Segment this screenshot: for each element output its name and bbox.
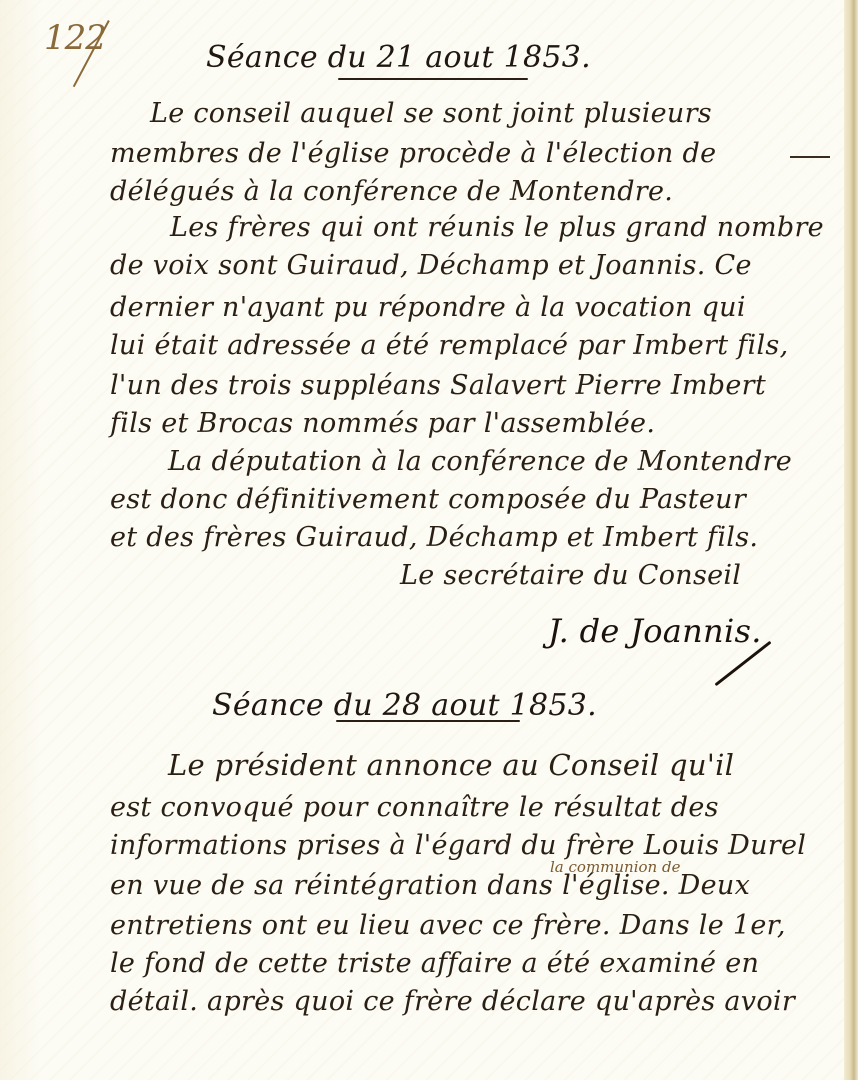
body-line: lui était adressée a été remplacé par Im… bbox=[110, 330, 788, 361]
body-line: délégués à la conférence de Montendre. bbox=[110, 176, 673, 207]
body-line: et des frères Guiraud, Déchamp et Imbert… bbox=[110, 522, 758, 553]
closing-title: Le secrétaire du Conseil bbox=[400, 560, 741, 591]
body-line: est convoqué pour connaître le résultat … bbox=[110, 792, 719, 823]
manuscript-page: 122 Séance du 21 aout 1853. Le conseil a… bbox=[0, 0, 858, 1080]
entry-heading: Séance du 28 aout 1853. bbox=[212, 688, 597, 723]
entry-heading: Séance du 21 aout 1853. bbox=[206, 40, 591, 75]
body-line: informations prises à l'égard du frère L… bbox=[110, 830, 806, 861]
body-line: est donc définitivement composée du Past… bbox=[110, 484, 746, 515]
body-line: entretiens ont eu lieu avec ce frère. Da… bbox=[110, 910, 786, 941]
body-line: Le conseil auquel se sont joint plusieur… bbox=[150, 98, 712, 129]
body-line: dernier n'ayant pu répondre à la vocatio… bbox=[110, 292, 746, 323]
heading-underline bbox=[338, 78, 528, 80]
secretary-signature: J. de Joannis. bbox=[548, 612, 762, 650]
body-line: de voix sont Guiraud, Déchamp et Joannis… bbox=[110, 250, 752, 281]
body-line: l'un des trois suppléans Salavert Pierre… bbox=[110, 370, 766, 401]
heading-underline bbox=[336, 720, 520, 722]
line-filler-dash bbox=[790, 156, 830, 158]
body-line: en vue de sa réintégration dans l'église… bbox=[110, 870, 750, 901]
body-line: La députation à la conférence de Montend… bbox=[168, 446, 792, 477]
body-line: le fond de cette triste affaire a été ex… bbox=[110, 948, 759, 979]
body-line: fils et Brocas nommés par l'assemblée. bbox=[110, 408, 655, 439]
body-line: Les frères qui ont réunis le plus grand … bbox=[170, 212, 824, 243]
body-line: Le président annonce au Conseil qu'il bbox=[168, 748, 734, 782]
folio-number: 122 bbox=[44, 18, 106, 58]
page-binding-edge bbox=[844, 0, 858, 1080]
body-line: détail. après quoi ce frère déclare qu'a… bbox=[110, 986, 795, 1017]
body-line: membres de l'église procède à l'élection… bbox=[110, 138, 716, 169]
